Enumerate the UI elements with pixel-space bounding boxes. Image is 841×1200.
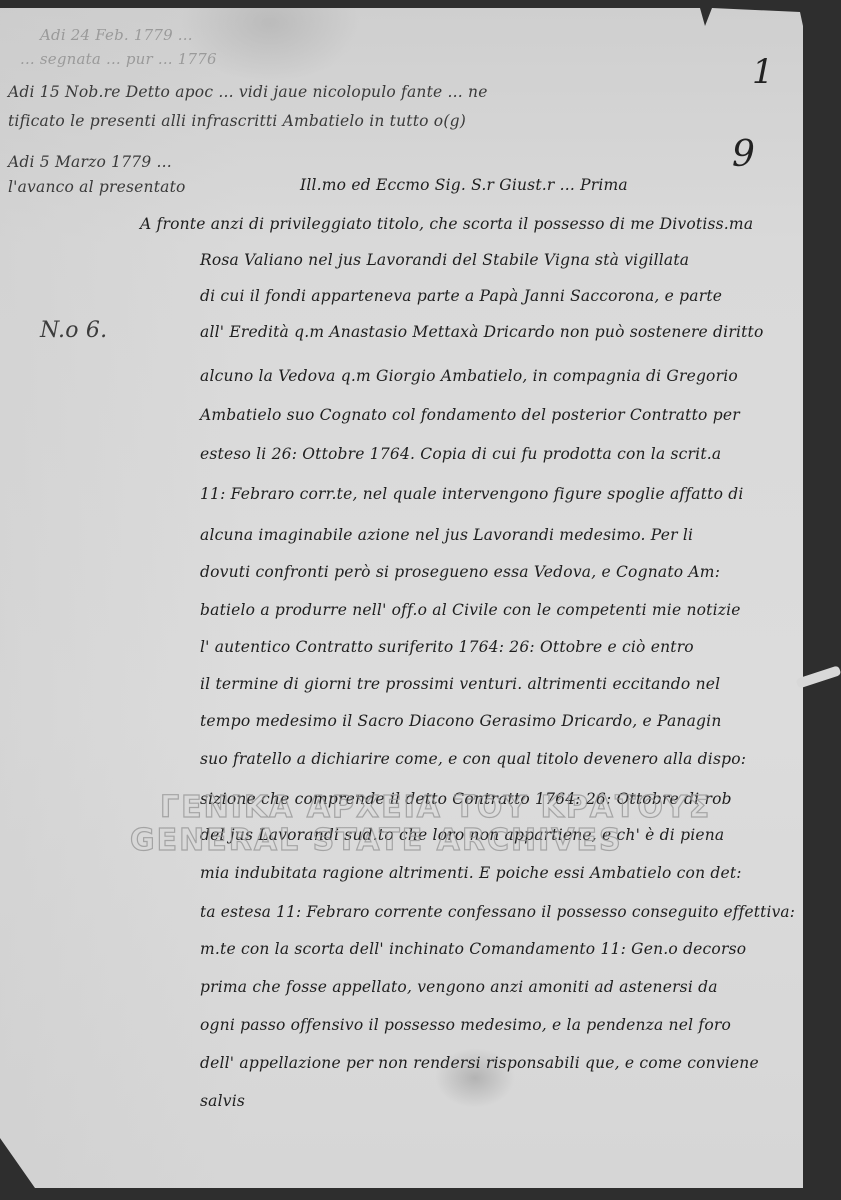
- faded-header-line: Adi 24 Feb. 1779 ...: [40, 26, 193, 44]
- body-line: tempo medesimo il Sacro Diacono Gerasimo…: [200, 712, 722, 730]
- annotation-line: tificato le presenti alli infrascritti A…: [8, 112, 466, 130]
- archive-watermark-english: GENERAL STATE ARCHIVES: [130, 823, 623, 858]
- body-line: m.te con la scorta dell' inchinato Coman…: [200, 940, 746, 958]
- body-line: prima che fosse appellato, vengono anzi …: [200, 978, 718, 996]
- body-line: Ambatielo suo Cognato col fondamento del…: [200, 406, 740, 424]
- manuscript-page: Adi 24 Feb. 1779 ... ... segnata ... pur…: [0, 8, 803, 1188]
- body-line: A fronte anzi di privileggiato titolo, c…: [140, 215, 753, 233]
- body-line: batielo a produrre nell' off.o al Civile…: [200, 601, 741, 619]
- body-line: suo fratello a dichiarire come, e con qu…: [200, 750, 746, 768]
- archive-watermark-greek: ΓΕΝΙΚΑ ΑΡΧΕΙΑ ΤΟΥ ΚΡΑΤΟΥΣ: [160, 790, 711, 825]
- body-line: alcuno la Vedova q.m Giorgio Ambatielo, …: [200, 367, 738, 385]
- body-line: alcuna imaginabile azione nel jus Lavora…: [200, 526, 693, 544]
- body-line: il termine di giorni tre prossimi ventur…: [200, 675, 720, 693]
- body-line: ta estesa 11: Febraro corrente confessan…: [200, 903, 795, 921]
- body-line: dovuti confronti però si prosegueno essa…: [200, 563, 720, 581]
- body-line: di cui il fondi apparteneva parte a Papà…: [200, 287, 722, 305]
- annotation-date-line: Adi 5 Marzo 1779 ...: [8, 153, 172, 171]
- body-line: ogni passo offensivo il possesso medesim…: [200, 1016, 731, 1034]
- body-line: Rosa Valiano nel jus Lavorandi del Stabi…: [200, 251, 689, 269]
- folio-mark: 9: [732, 134, 755, 175]
- faded-header-line: ... segnata ... pur ... 1776: [20, 50, 217, 68]
- page-number: 1: [752, 52, 774, 92]
- body-line: all' Eredità q.m Anastasio Mettaxà Drica…: [200, 323, 764, 341]
- salutation: Ill.mo ed Eccmo Sig. S.r Giust.r ... Pri…: [300, 176, 628, 194]
- annotation-date-line: l'avanco al presentato: [8, 178, 186, 196]
- water-stain-top: [180, 8, 360, 83]
- body-line-closing: salvis: [200, 1092, 245, 1110]
- body-line: 11: Febraro corr.te, nel quale interveng…: [200, 485, 744, 503]
- body-line: l' autentico Contratto suriferito 1764: …: [200, 638, 694, 656]
- body-line: dell' appellazione per non rendersi risp…: [200, 1054, 759, 1072]
- annotation-line: Adi 15 Nob.re Detto apoc ... vidi jaue n…: [8, 83, 488, 101]
- margin-note-number: N.o 6.: [40, 318, 107, 343]
- body-line: mia indubitata ragione altrimenti. E poi…: [200, 864, 742, 882]
- body-line: esteso li 26: Ottobre 1764. Copia di cui…: [200, 445, 721, 463]
